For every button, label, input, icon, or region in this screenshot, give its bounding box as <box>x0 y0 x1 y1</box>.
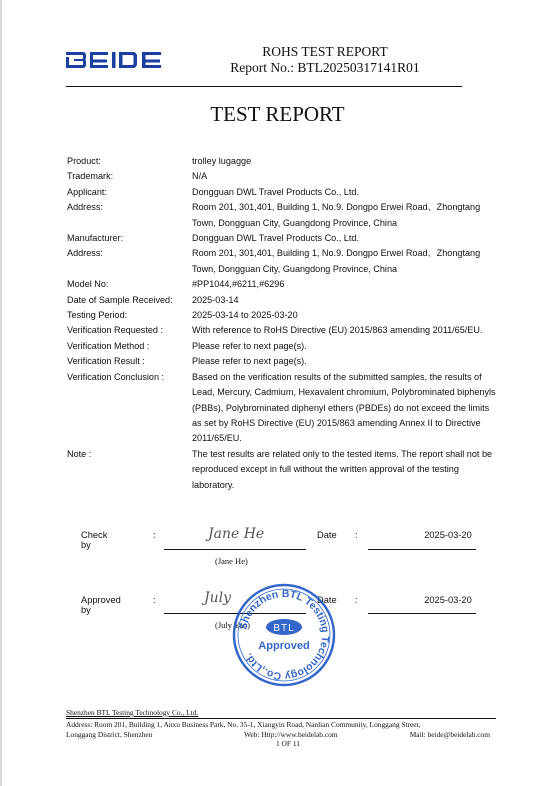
field-label: Address: <box>67 246 192 277</box>
page-footer: Shenzhen BTL Testing Technology Co., Ltd… <box>66 708 496 749</box>
field-row: Note :The test results are related only … <box>67 447 497 493</box>
field-row: Model No:#PP1044,#6211,#6296 <box>67 277 497 292</box>
field-label: Verification Method : <box>67 339 192 354</box>
report-number: Report No.: BTL20250317141R01 <box>220 60 430 76</box>
field-row: Address:Room 201, 301,401, Building 1, N… <box>67 200 497 231</box>
svg-text:Approved: Approved <box>258 640 309 652</box>
field-value: Room 201, 301,401, Building 1, No.9. Don… <box>192 246 497 277</box>
field-label: Product: <box>67 154 192 169</box>
field-value: Please refer to next page(s). <box>192 339 497 354</box>
check-date-line <box>368 549 476 550</box>
field-row: Verification Requested :With reference t… <box>67 323 497 338</box>
field-value: Based on the verification results of the… <box>192 370 497 447</box>
report-type: ROHS TEST REPORT <box>220 44 430 60</box>
report-header: ROHS TEST REPORT Report No.: BTL20250317… <box>220 44 430 76</box>
page-title: TEST REPORT <box>0 102 555 127</box>
footer-address-2: Longgang District, Shenzhen <box>66 730 152 739</box>
check-date: 2025-03-20 <box>394 530 502 540</box>
check-signature: Jane He <box>208 526 264 542</box>
field-label: Note : <box>67 447 192 493</box>
check-name: (Jane He) <box>215 556 248 566</box>
field-row: Date of Sample Received:2025-03-14 <box>67 293 497 308</box>
field-value: With reference to RoHS Directive (EU) 20… <box>192 323 497 338</box>
field-label: Date of Sample Received: <box>67 293 192 308</box>
field-row: Testing Period:2025-03-14 to 2025-03-20 <box>67 308 497 323</box>
field-value: Dongguan DWL Travel Products Co., Ltd. <box>192 185 497 200</box>
field-value: The test results are related only to the… <box>192 447 497 493</box>
field-row: Verification Result :Please refer to nex… <box>67 354 497 369</box>
field-row: Product:trolley lugagge <box>67 154 497 169</box>
field-label: Manufacturer: <box>67 231 192 246</box>
footer-mail[interactable]: Mail: beide@beidelab.com <box>410 730 490 739</box>
approve-date: 2025-03-20 <box>394 595 502 605</box>
field-row: Trademark:N/A <box>67 169 497 184</box>
approve-date-line <box>368 613 476 614</box>
field-value: #PP1044,#6211,#6296 <box>192 277 497 292</box>
field-label: Address: <box>67 200 192 231</box>
field-label: Verification Result : <box>67 354 192 369</box>
field-row: Manufacturer:Dongguan DWL Travel Product… <box>67 231 497 246</box>
svg-text:BTL: BTL <box>273 623 294 634</box>
approved-by-label: Approved by <box>81 595 121 615</box>
report-fields: Product:trolley lugaggeTrademark:N/AAppl… <box>67 154 497 493</box>
field-label: Applicant: <box>67 185 192 200</box>
footer-address-1: Address: Room 201, Building 1, Anxu Busi… <box>66 720 496 729</box>
field-label: Trademark: <box>67 169 192 184</box>
field-value: Room 201, 301,401, Building 1, No.9. Don… <box>192 200 497 231</box>
field-row: Address:Room 201, 301,401, Building 1, N… <box>67 246 497 277</box>
field-label: Verification Conclusion : <box>67 370 192 447</box>
footer-company: Shenzhen BTL Testing Technology Co., Ltd… <box>66 708 496 717</box>
field-value: 2025-03-14 to 2025-03-20 <box>192 308 497 323</box>
company-stamp: Shenzhen BTL Testing Technology Co.,Ltd.… <box>232 583 336 687</box>
check-by-label: Check by <box>81 530 107 550</box>
field-value: 2025-03-14 <box>192 293 497 308</box>
field-label: Verification Requested : <box>67 323 192 338</box>
approve-signature: July <box>204 590 231 606</box>
field-value: Dongguan DWL Travel Products Co., Ltd. <box>192 231 497 246</box>
field-row: Verification Method :Please refer to nex… <box>67 339 497 354</box>
field-value: Please refer to next page(s). <box>192 354 497 369</box>
header-divider <box>66 86 462 87</box>
field-label: Model No: <box>67 277 192 292</box>
footer-divider <box>66 718 496 719</box>
field-label: Testing Period: <box>67 308 192 323</box>
check-sign-line <box>164 549 306 550</box>
check-date-label: Date <box>317 530 337 540</box>
field-row: Applicant:Dongguan DWL Travel Products C… <box>67 185 497 200</box>
footer-web[interactable]: Web: Http://www.beidelab.com <box>244 730 338 739</box>
field-value: trolley lugagge <box>192 154 497 169</box>
page-number: 1 OF 11 <box>66 739 496 748</box>
field-row: Verification Conclusion :Based on the ve… <box>67 370 497 447</box>
beide-logo <box>66 50 166 70</box>
field-value: N/A <box>192 169 497 184</box>
